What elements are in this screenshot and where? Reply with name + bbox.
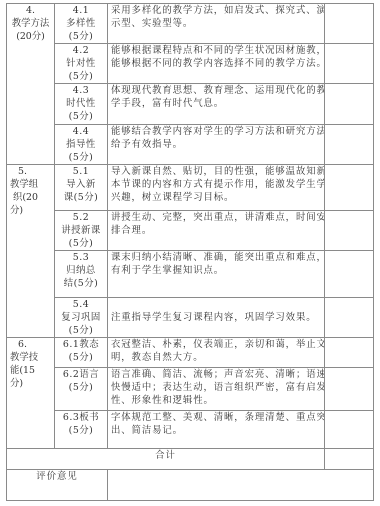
desc-line: 本节课的内容和方式有提示作用，能激发学生学习 [111, 178, 321, 191]
item-cell: 4.4 指导性 (5分) [55, 125, 108, 165]
table-row: 5.3 归纳总 结(5分) 课末归纳小结清晰、准确，能突出重点和难点， 有利于学… [7, 251, 374, 298]
table-row: 4.4 指导性 (5分) 能够结合教学内容对学生的学习方法和研究方法 给予有效指… [7, 125, 374, 165]
desc-line: 课末归纳小结清晰、准确，能突出重点和难点， [111, 251, 321, 264]
item-description: 体现现代教育思想、教育理念、运用现代化的教 学手段，富有时代气息。 [108, 84, 325, 125]
total-score-cell[interactable] [325, 449, 374, 470]
desc-line: 明，教态自然大方。 [111, 351, 321, 364]
score-cell[interactable] [325, 211, 374, 251]
item-name: 讲授新课 [58, 224, 104, 237]
item-cell: 4.2 针对性 (5分) [55, 44, 108, 84]
category-name: 教学方法 [10, 17, 51, 30]
desc-line: 能够结合教学内容对学生的学习方法和研究方法 [111, 125, 321, 138]
table-row: 4. 教学方法 (20分) 4.1 多样性 (5分) 采用多样化的教学方法，如启… [7, 4, 374, 44]
item-name: 时代性 [58, 97, 104, 110]
item-code: 4.4 [58, 125, 104, 138]
desc-line: 字体规范工整、美观、清晰，条理清楚、重点突 [111, 411, 321, 424]
item-code: 4.3 [58, 84, 104, 97]
item-code: 5.1 [58, 165, 104, 178]
item-name: 针对性 [58, 57, 104, 70]
item-cell: 5.2 讲授新课 (5分) [55, 211, 108, 251]
item-points: (5分) [58, 351, 104, 364]
category-cell-teaching-organization: 5. 教学组 织(20 分) [7, 165, 55, 338]
item-cell: 4.1 多样性 (5分) [55, 4, 108, 44]
desc-line: 性、形象性和逻辑性。 [111, 394, 321, 407]
desc-line: 示型、实验型等。 [111, 17, 321, 30]
item-cell: 5.3 归纳总 结(5分) [55, 251, 108, 298]
category-name: 教学组 [10, 178, 51, 191]
item-name: 复习巩固 [58, 311, 104, 324]
desc-line: 排合理。 [111, 224, 321, 237]
table-row: 6. 教学技 能(15 分) 6.1教态 (5分) 衣冠整洁、朴素，仪表端正，亲… [7, 338, 374, 368]
item-code: 4.2 [58, 44, 104, 57]
item-points: (5分) [58, 424, 104, 437]
item-description: 导入新课自然、贴切，目的性强，能够温故知新，对 本节课的内容和方式有提示作用，能… [108, 165, 325, 211]
item-description: 能够根据课程特点和不同的学生状况因材施教， 能够根据不同的教学内容选择不同的教学… [108, 44, 325, 84]
desc-line: 快慢适中；表达生动，语言组织严密，富有启发 [111, 381, 321, 394]
item-points: (5分) [58, 70, 104, 83]
item-code: 6.1教态 [58, 338, 104, 351]
desc-line [111, 298, 321, 311]
score-cell[interactable] [325, 251, 374, 298]
score-cell[interactable] [325, 44, 374, 84]
desc-line: 衣冠整洁、朴素，仪表端正，亲切和蔼，举止文 [111, 338, 321, 351]
item-name: 多样性 [58, 17, 104, 30]
table-row: 5.4 复习巩固 (5分) 注重指导学生复习课程内容，巩固学习效果。 [7, 298, 374, 338]
item-code: 5.3 [58, 251, 104, 264]
table-row: 5. 教学组 织(20 分) 5.1 导入新 课(5分) 导入新课自然、贴切，目… [7, 165, 374, 211]
table-row: 4.2 针对性 (5分) 能够根据课程特点和不同的学生状况因材施教， 能够根据不… [7, 44, 374, 84]
desc-line: 体现现代教育思想、教育理念、运用现代化的教 [111, 84, 321, 97]
score-cell[interactable] [325, 298, 374, 338]
category-number: 5. [10, 165, 51, 178]
desc-line: 能够根据不同的教学内容选择不同的教学方法。 [111, 57, 321, 70]
item-description: 注重指导学生复习课程内容，巩固学习效果。 [108, 298, 325, 338]
item-cell: 5.1 导入新 课(5分) [55, 165, 108, 211]
desc-line: 注重指导学生复习课程内容，巩固学习效果。 [111, 311, 321, 324]
category-points: 分) [10, 204, 51, 217]
table-row: 6.2语言 (5分) 语言准确、简洁、流畅；声音宏亮、清晰；语速 快慢适中；表达… [7, 368, 374, 411]
score-cell[interactable] [325, 368, 374, 411]
desc-line: 出、简洁易记。 [111, 424, 321, 437]
score-cell[interactable] [325, 338, 374, 368]
desc-line: 给予有效指导。 [111, 138, 321, 151]
table-row: 5.2 讲授新课 (5分) 讲授生动、完整，突出重点，讲清难点，时间安 排合理。 [7, 211, 374, 251]
item-description: 课末归纳小结清晰、准确，能突出重点和难点， 有利于学生掌握知识点。 [108, 251, 325, 298]
item-points: (5分) [58, 110, 104, 123]
score-cell[interactable] [325, 125, 374, 165]
item-cell: 5.4 复习巩固 (5分) [55, 298, 108, 338]
item-description: 字体规范工整、美观、清晰，条理清楚、重点突 出、简洁易记。 [108, 411, 325, 449]
table-row: 4.3 时代性 (5分) 体现现代教育思想、教育理念、运用现代化的教 学手段，富… [7, 84, 374, 125]
item-description: 能够结合教学内容对学生的学习方法和研究方法 给予有效指导。 [108, 125, 325, 165]
item-code: 6.3板书 [58, 411, 104, 424]
category-cell-teaching-skills: 6. 教学技 能(15 分) [7, 338, 55, 449]
item-description: 语言准确、简洁、流畅；声音宏亮、清晰；语速 快慢适中；表达生动，语言组织严密，富… [108, 368, 325, 411]
item-cell: 6.1教态 (5分) [55, 338, 108, 368]
desc-line: 讲授生动、完整，突出重点，讲清难点，时间安 [111, 211, 321, 224]
score-cell[interactable] [325, 165, 374, 211]
total-row: 合计 [7, 449, 374, 470]
comment-label: 评价意见 [7, 470, 108, 501]
category-name-cont: 能(15 [10, 364, 51, 377]
category-points: (20分) [10, 30, 51, 43]
category-points: 分) [10, 377, 51, 390]
desc-line: 兴趣，树立课程学习目标。 [111, 191, 321, 204]
category-name: 教学技 [10, 351, 51, 364]
item-description: 讲授生动、完整，突出重点，讲清难点，时间安 排合理。 [108, 211, 325, 251]
desc-line: 导入新课自然、贴切，目的性强，能够温故知新，对 [111, 165, 321, 178]
item-points: (5分) [58, 237, 104, 250]
item-points: 结(5分) [58, 277, 104, 290]
item-name: 归纳总 [58, 264, 104, 277]
desc-line: 能够根据课程特点和不同的学生状况因材施教， [111, 44, 321, 57]
item-description: 衣冠整洁、朴素，仪表端正，亲切和蔼，举止文 明，教态自然大方。 [108, 338, 325, 368]
category-number: 6. [10, 338, 51, 351]
total-label: 合计 [7, 449, 325, 470]
item-code: 4.1 [58, 4, 104, 17]
item-points: (5分) [58, 30, 104, 43]
item-cell: 6.2语言 (5分) [55, 368, 108, 411]
item-name: 导入新 [58, 178, 104, 191]
item-name: 指导性 [58, 138, 104, 151]
category-name-cont: 织(20 [10, 191, 51, 204]
item-description: 采用多样化的教学方法，如启发式、探究式、演 示型、实验型等。 [108, 4, 325, 44]
item-points: (5分) [58, 381, 104, 394]
desc-line: 采用多样化的教学方法，如启发式、探究式、演 [111, 4, 321, 17]
category-number: 4. [10, 4, 51, 17]
score-cell[interactable] [325, 4, 374, 44]
item-code: 5.2 [58, 211, 104, 224]
item-points: 课(5分) [58, 191, 104, 204]
score-cell[interactable] [325, 84, 374, 125]
category-cell-teaching-method: 4. 教学方法 (20分) [7, 4, 55, 165]
item-points: (5分) [58, 151, 104, 164]
comment-row: 评价意见 [7, 470, 374, 501]
item-cell: 4.3 时代性 (5分) [55, 84, 108, 125]
desc-line: 学手段，富有时代气息。 [111, 97, 321, 110]
table-row: 6.3板书 (5分) 字体规范工整、美观、清晰，条理清楚、重点突 出、简洁易记。 [7, 411, 374, 449]
item-code: 5.4 [58, 298, 104, 311]
evaluation-table: 4. 教学方法 (20分) 4.1 多样性 (5分) 采用多样化的教学方法，如启… [6, 3, 374, 501]
item-cell: 6.3板书 (5分) [55, 411, 108, 449]
desc-line: 有利于学生掌握知识点。 [111, 264, 321, 277]
desc-line: 语言准确、简洁、流畅；声音宏亮、清晰；语速 [111, 368, 321, 381]
score-cell[interactable] [325, 411, 374, 449]
item-code: 6.2语言 [58, 368, 104, 381]
comment-field[interactable] [108, 470, 374, 501]
item-points: (5分) [58, 324, 104, 337]
